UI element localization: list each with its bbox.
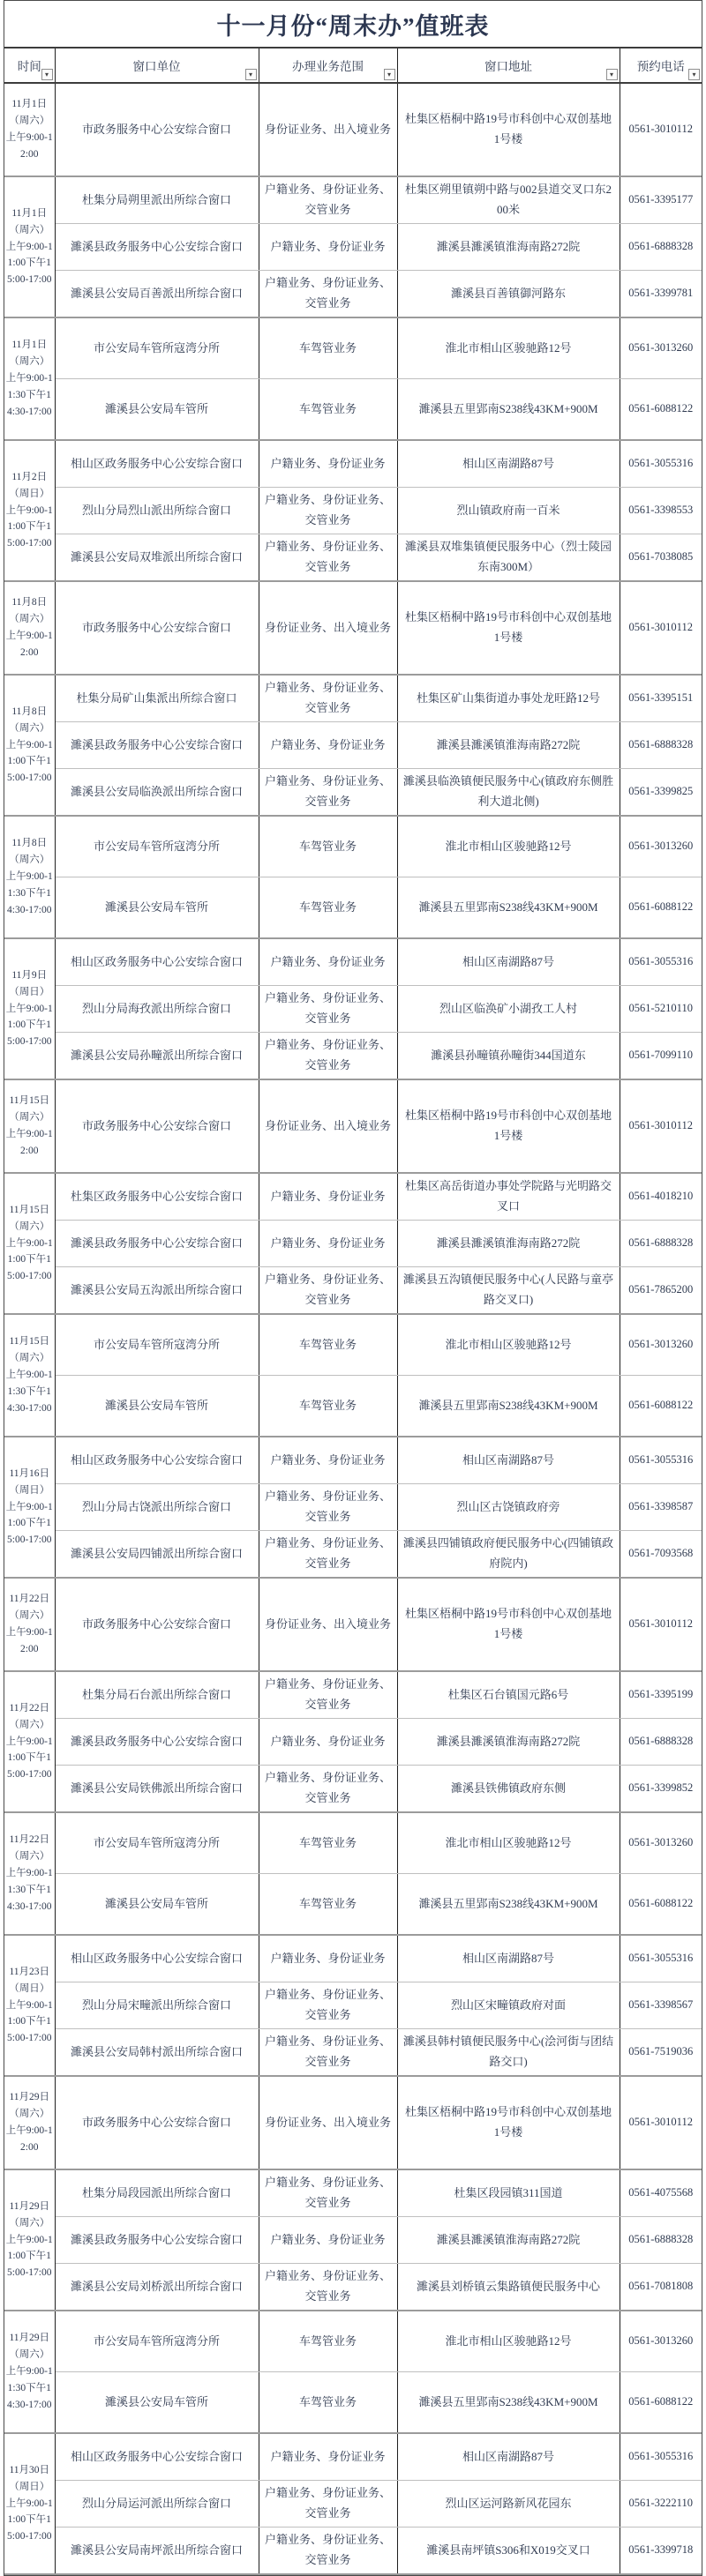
phone-cell: 0561-6888328 xyxy=(620,2217,702,2264)
table-row: 烈山分局古饶派出所综合窗口户籍业务、身份证业务、交管业务烈山区古饶镇政府旁056… xyxy=(4,1484,702,1531)
unit-cell: 濉溪县公安局双堆派出所综合窗口 xyxy=(55,534,259,582)
address-cell: 杜集区高岳街道办事处学院路与光明路交叉口 xyxy=(397,1173,620,1221)
table-row: 11月16日（周日）上午9:00-11:00下午15:00-17:00相山区政务… xyxy=(4,1437,702,1484)
table-row: 濉溪县政务服务中心公安综合窗口户籍业务、身份证业务濉溪县濉溪镇淮海南路272院0… xyxy=(4,1719,702,1766)
business-cell: 户籍业务、身份证业务 xyxy=(259,722,397,769)
time-cell: 11月22日（周六）上午9:00-11:30下午14:30-17:00 xyxy=(4,1812,55,1935)
unit-cell: 濉溪县公安局韩村派出所综合窗口 xyxy=(55,2029,259,2077)
business-cell: 户籍业务、身份证业务、交管业务 xyxy=(259,176,397,224)
business-cell: 户籍业务、身份证业务、交管业务 xyxy=(259,2481,397,2527)
business-cell: 户籍业务、身份证业务、交管业务 xyxy=(259,1033,397,1080)
address-cell: 杜集区石台镇国元路6号 xyxy=(397,1671,620,1719)
time-cell: 11月22日（周六）上午9:00-11:00下午15:00-17:00 xyxy=(4,1671,55,1812)
unit-cell: 濉溪县公安局车管所 xyxy=(55,379,259,441)
duty-schedule-table: 时间▾窗口单位▾办理业务范围▾窗口地址▾预约电话▾ 11月1日（周六）上午9:0… xyxy=(4,47,702,2575)
time-cell: 11月23日（周日）上午9:00-11:00下午15:00-17:00 xyxy=(4,1935,55,2076)
business-cell: 车驾管业务 xyxy=(259,1874,397,1936)
address-cell: 淮北市相山区骏驰路12号 xyxy=(397,317,620,379)
phone-cell: 0561-7519036 xyxy=(620,2029,702,2077)
phone-cell: 0561-3010112 xyxy=(620,83,702,176)
unit-cell: 烈山分局烈山派出所综合窗口 xyxy=(55,488,259,534)
unit-cell: 濉溪县公安局四铺派出所综合窗口 xyxy=(55,1531,259,1579)
unit-cell: 杜集区政务服务中心公安综合窗口 xyxy=(55,1173,259,1221)
table-row: 濉溪县公安局车管所车驾管业务濉溪县五里郢南S238线43KM+900M0561-… xyxy=(4,1874,702,1936)
table-row: 濉溪县公安局孙疃派出所综合窗口户籍业务、身份证业务、交管业务濉溪县孙疃镇孙疃街3… xyxy=(4,1033,702,1080)
table-row: 濉溪县公安局临涣派出所综合窗口户籍业务、身份证业务、交管业务濉溪县临涣镇便民服务… xyxy=(4,769,702,817)
unit-cell: 市公安局车管所寇湾分所 xyxy=(55,1314,259,1376)
table-row: 濉溪县公安局四铺派出所综合窗口户籍业务、身份证业务、交管业务濉溪县四铺镇政府便民… xyxy=(4,1531,702,1579)
business-cell: 户籍业务、身份证业务、交管业务 xyxy=(259,675,397,722)
phone-cell: 0561-3398587 xyxy=(620,1484,702,1531)
phone-cell: 0561-6088122 xyxy=(620,1874,702,1936)
column-header-phone: 预约电话▾ xyxy=(620,48,702,83)
address-cell: 杜集区梧桐中路19号市科创中心双创基地1号楼 xyxy=(397,2076,620,2169)
column-filter-dropdown-icon[interactable]: ▾ xyxy=(245,69,257,80)
table-row: 11月8日（周六）上午9:00-12:00市政务服务中心公安综合窗口身份证业务、… xyxy=(4,581,702,675)
header-row: 时间▾窗口单位▾办理业务范围▾窗口地址▾预约电话▾ xyxy=(4,48,702,83)
unit-cell: 市政务服务中心公安综合窗口 xyxy=(55,1079,259,1173)
phone-cell: 0561-6888328 xyxy=(620,722,702,769)
phone-cell: 0561-7038085 xyxy=(620,534,702,582)
business-cell: 户籍业务、身份证业务 xyxy=(259,2217,397,2264)
unit-cell: 濉溪县政务服务中心公安综合窗口 xyxy=(55,1719,259,1766)
time-cell: 11月15日（周六）上午9:00-12:00 xyxy=(4,1079,55,1173)
unit-cell: 相山区政务服务中心公安综合窗口 xyxy=(55,440,259,488)
unit-cell: 市公安局车管所寇湾分所 xyxy=(55,2311,259,2372)
unit-cell: 濉溪县公安局铁佛派出所综合窗口 xyxy=(55,1766,259,1813)
unit-cell: 濉溪县公安局临涣派出所综合窗口 xyxy=(55,769,259,817)
business-cell: 车驾管业务 xyxy=(259,877,397,939)
phone-cell: 0561-3013260 xyxy=(620,2311,702,2372)
table-row: 11月1日（周六）上午9:00-12:00市政务服务中心公安综合窗口身份证业务、… xyxy=(4,83,702,176)
business-cell: 车驾管业务 xyxy=(259,317,397,379)
table-row: 11月29日（周六）上午9:00-11:00下午15:00-17:00杜集分局段… xyxy=(4,2169,702,2217)
address-cell: 濉溪县五里郢南S238线43KM+900M xyxy=(397,2372,620,2434)
time-cell: 11月30日（周日）上午9:00-11:00下午15:00-17:00 xyxy=(4,2433,55,2574)
address-cell: 相山区南湖路87号 xyxy=(397,440,620,488)
duty-schedule-sheet: 十一月份“周末办”值班表 时间▾窗口单位▾办理业务范围▾窗口地址▾预约电话▾ 1… xyxy=(4,0,702,2576)
phone-cell: 0561-7093568 xyxy=(620,1531,702,1579)
phone-cell: 0561-3010112 xyxy=(620,581,702,675)
table-row: 濉溪县公安局车管所车驾管业务濉溪县五里郢南S238线43KM+900M0561-… xyxy=(4,877,702,939)
unit-cell: 濉溪县公安局刘桥派出所综合窗口 xyxy=(55,2264,259,2311)
address-cell: 濉溪县双堆集镇便民服务中心（烈士陵园东南300M） xyxy=(397,534,620,582)
unit-cell: 濉溪县政务服务中心公安综合窗口 xyxy=(55,2217,259,2264)
unit-cell: 濉溪县公安局车管所 xyxy=(55,2372,259,2434)
table-row: 11月8日（周六）上午9:00-11:00下午15:00-17:00杜集分局矿山… xyxy=(4,675,702,722)
business-cell: 身份证业务、出入境业务 xyxy=(259,83,397,176)
table-row: 濉溪县公安局车管所车驾管业务濉溪县五里郢南S238线43KM+900M0561-… xyxy=(4,379,702,441)
phone-cell: 0561-6888328 xyxy=(620,1221,702,1267)
time-cell: 11月15日（周六）上午9:00-11:30下午14:30-17:00 xyxy=(4,1314,55,1437)
phone-cell: 0561-7865200 xyxy=(620,1267,702,1315)
business-cell: 户籍业务、身份证业务、交管业务 xyxy=(259,2527,397,2575)
business-cell: 户籍业务、身份证业务 xyxy=(259,440,397,488)
address-cell: 烈山区运河路新风花园东 xyxy=(397,2481,620,2527)
table-row: 濉溪县政务服务中心公安综合窗口户籍业务、身份证业务濉溪县濉溪镇淮海南路272院0… xyxy=(4,2217,702,2264)
table-row: 11月2日（周日）上午9:00-11:00下午15:00-17:00相山区政务服… xyxy=(4,440,702,488)
table-row: 11月29日（周六）上午9:00-12:00市政务服务中心公安综合窗口身份证业务… xyxy=(4,2076,702,2169)
address-cell: 烈山区宋疃镇政府对面 xyxy=(397,1982,620,2029)
address-cell: 濉溪县濉溪镇淮海南路272院 xyxy=(397,1719,620,1766)
phone-cell: 0561-6088122 xyxy=(620,877,702,939)
phone-cell: 0561-3398567 xyxy=(620,1982,702,2029)
unit-cell: 烈山分局古饶派出所综合窗口 xyxy=(55,1484,259,1531)
table-row: 11月29日（周六）上午9:00-11:30下午14:30-17:00市公安局车… xyxy=(4,2311,702,2372)
business-cell: 身份证业务、出入境业务 xyxy=(259,1578,397,1671)
business-cell: 户籍业务、身份证业务、交管业务 xyxy=(259,488,397,534)
unit-cell: 市政务服务中心公安综合窗口 xyxy=(55,2076,259,2169)
time-cell: 11月1日（周六）上午9:00-12:00 xyxy=(4,83,55,176)
unit-cell: 烈山分局宋疃派出所综合窗口 xyxy=(55,1982,259,2029)
phone-cell: 0561-3399825 xyxy=(620,769,702,817)
table-row: 濉溪县政务服务中心公安综合窗口户籍业务、身份证业务濉溪县濉溪镇淮海南路272院0… xyxy=(4,1221,702,1267)
address-cell: 相山区南湖路87号 xyxy=(397,938,620,986)
column-filter-dropdown-icon[interactable]: ▾ xyxy=(384,69,395,80)
column-filter-dropdown-icon[interactable]: ▾ xyxy=(41,69,53,80)
business-cell: 户籍业务、身份证业务、交管业务 xyxy=(259,2029,397,2077)
phone-cell: 0561-3395151 xyxy=(620,675,702,722)
time-cell: 11月2日（周日）上午9:00-11:00下午15:00-17:00 xyxy=(4,440,55,581)
address-cell: 濉溪县百善镇御河路东 xyxy=(397,271,620,318)
phone-cell: 0561-3013260 xyxy=(620,816,702,877)
business-cell: 车驾管业务 xyxy=(259,379,397,441)
business-cell: 户籍业务、身份证业务 xyxy=(259,2433,397,2481)
business-cell: 户籍业务、身份证业务、交管业务 xyxy=(259,1766,397,1813)
unit-cell: 濉溪县公安局车管所 xyxy=(55,1874,259,1936)
address-cell: 濉溪县濉溪镇淮海南路272院 xyxy=(397,2217,620,2264)
unit-cell: 濉溪县政务服务中心公安综合窗口 xyxy=(55,722,259,769)
address-cell: 杜集区梧桐中路19号市科创中心双创基地1号楼 xyxy=(397,581,620,675)
address-cell: 杜集区梧桐中路19号市科创中心双创基地1号楼 xyxy=(397,1578,620,1671)
phone-cell: 0561-3010112 xyxy=(620,1578,702,1671)
address-cell: 相山区南湖路87号 xyxy=(397,1935,620,1982)
business-cell: 户籍业务、身份证业务、交管业务 xyxy=(259,1267,397,1315)
table-row: 11月1日（周六）上午9:00-11:00下午15:00-17:00杜集分局朔里… xyxy=(4,176,702,224)
address-cell: 淮北市相山区骏驰路12号 xyxy=(397,2311,620,2372)
address-cell: 濉溪县五里郢南S238线43KM+900M xyxy=(397,1874,620,1936)
address-cell: 濉溪县濉溪镇淮海南路272院 xyxy=(397,722,620,769)
time-cell: 11月1日（周六）上午9:00-11:00下午15:00-17:00 xyxy=(4,176,55,317)
address-cell: 濉溪县五沟镇便民服务中心(人民路与童亭路交叉口) xyxy=(397,1267,620,1315)
table-row: 濉溪县公安局南坪派出所综合窗口户籍业务、身份证业务、交管业务濉溪县南坪镇S306… xyxy=(4,2527,702,2575)
phone-cell: 0561-3399781 xyxy=(620,271,702,318)
time-cell: 11月29日（周六）上午9:00-11:00下午15:00-17:00 xyxy=(4,2169,55,2311)
business-cell: 户籍业务、身份证业务 xyxy=(259,1437,397,1484)
phone-cell: 0561-3055316 xyxy=(620,2433,702,2481)
time-cell: 11月22日（周六）上午9:00-12:00 xyxy=(4,1578,55,1671)
business-cell: 户籍业务、身份证业务、交管业务 xyxy=(259,2264,397,2311)
time-cell: 11月8日（周六）上午9:00-11:00下午15:00-17:00 xyxy=(4,675,55,816)
table-row: 濉溪县公安局车管所车驾管业务濉溪县五里郢南S238线43KM+900M0561-… xyxy=(4,2372,702,2434)
unit-cell: 市公安局车管所寇湾分所 xyxy=(55,317,259,379)
table-row: 11月22日（周六）上午9:00-11:00下午15:00-17:00杜集分局石… xyxy=(4,1671,702,1719)
business-cell: 户籍业务、身份证业务 xyxy=(259,1221,397,1267)
table-row: 11月22日（周六）上午9:00-11:30下午14:30-17:00市公安局车… xyxy=(4,1812,702,1874)
time-cell: 11月8日（周六）上午9:00-11:30下午14:30-17:00 xyxy=(4,816,55,938)
table-row: 濉溪县公安局刘桥派出所综合窗口户籍业务、身份证业务、交管业务濉溪县刘桥镇云集路镇… xyxy=(4,2264,702,2311)
address-cell: 淮北市相山区骏驰路12号 xyxy=(397,1314,620,1376)
time-cell: 11月29日（周六）上午9:00-11:30下午14:30-17:00 xyxy=(4,2311,55,2433)
phone-cell: 0561-3013260 xyxy=(620,317,702,379)
business-cell: 户籍业务、身份证业务、交管业务 xyxy=(259,2169,397,2217)
unit-cell: 濉溪县公安局孙疃派出所综合窗口 xyxy=(55,1033,259,1080)
business-cell: 户籍业务、身份证业务、交管业务 xyxy=(259,534,397,582)
address-cell: 濉溪县濉溪镇淮海南路272院 xyxy=(397,1221,620,1267)
table-row: 烈山分局宋疃派出所综合窗口户籍业务、身份证业务、交管业务烈山区宋疃镇政府对面05… xyxy=(4,1982,702,2029)
address-cell: 濉溪县五里郢南S238线43KM+900M xyxy=(397,1376,620,1437)
phone-cell: 0561-3399718 xyxy=(620,2527,702,2575)
address-cell: 烈山区古饶镇政府旁 xyxy=(397,1484,620,1531)
phone-cell: 0561-3395177 xyxy=(620,176,702,224)
table-row: 濉溪县公安局车管所车驾管业务濉溪县五里郢南S238线43KM+900M0561-… xyxy=(4,1376,702,1437)
address-cell: 濉溪县濉溪镇淮海南路272院 xyxy=(397,224,620,271)
phone-cell: 0561-4075568 xyxy=(620,2169,702,2217)
unit-cell: 濉溪县公安局南坪派出所综合窗口 xyxy=(55,2527,259,2575)
table-row: 烈山分局运河派出所综合窗口户籍业务、身份证业务、交管业务烈山区运河路新风花园东0… xyxy=(4,2481,702,2527)
business-cell: 户籍业务、身份证业务 xyxy=(259,1935,397,1982)
table-row: 烈山分局烈山派出所综合窗口户籍业务、身份证业务、交管业务烈山镇政府南一百米056… xyxy=(4,488,702,534)
business-cell: 车驾管业务 xyxy=(259,1376,397,1437)
phone-cell: 0561-3222110 xyxy=(620,2481,702,2527)
business-cell: 户籍业务、身份证业务、交管业务 xyxy=(259,1484,397,1531)
column-header-label: 办理业务范围 xyxy=(292,60,364,73)
phone-cell: 0561-3010112 xyxy=(620,1079,702,1173)
time-cell: 11月8日（周六）上午9:00-12:00 xyxy=(4,581,55,675)
address-cell: 杜集区梧桐中路19号市科创中心双创基地1号楼 xyxy=(397,1079,620,1173)
business-cell: 户籍业务、身份证业务、交管业务 xyxy=(259,769,397,817)
table-row: 11月23日（周日）上午9:00-11:00下午15:00-17:00相山区政务… xyxy=(4,1935,702,1982)
business-cell: 户籍业务、身份证业务 xyxy=(259,224,397,271)
column-header-label: 窗口地址 xyxy=(484,60,532,73)
phone-cell: 0561-3013260 xyxy=(620,1812,702,1874)
unit-cell: 相山区政务服务中心公安综合窗口 xyxy=(55,1437,259,1484)
column-filter-dropdown-icon[interactable]: ▾ xyxy=(688,69,700,80)
unit-cell: 市政务服务中心公安综合窗口 xyxy=(55,581,259,675)
business-cell: 车驾管业务 xyxy=(259,816,397,877)
address-cell: 濉溪县四铺镇政府便民服务中心(四铺镇政府院内) xyxy=(397,1531,620,1579)
phone-cell: 0561-4018210 xyxy=(620,1173,702,1221)
address-cell: 杜集区朔里镇朔中路与002县道交叉口东200米 xyxy=(397,176,620,224)
time-cell: 11月1日（周六）上午9:00-11:30下午14:30-17:00 xyxy=(4,317,55,440)
phone-cell: 0561-3010112 xyxy=(620,2076,702,2169)
table-row: 11月15日（周六）上午9:00-11:30下午14:30-17:00市公安局车… xyxy=(4,1314,702,1376)
unit-cell: 杜集分局段园派出所综合窗口 xyxy=(55,2169,259,2217)
column-header-label: 窗口单位 xyxy=(133,60,181,73)
table-row: 濉溪县公安局双堆派出所综合窗口户籍业务、身份证业务、交管业务濉溪县双堆集镇便民服… xyxy=(4,534,702,582)
table-body: 11月1日（周六）上午9:00-12:00市政务服务中心公安综合窗口身份证业务、… xyxy=(4,83,702,2574)
table-row: 濉溪县公安局韩村派出所综合窗口户籍业务、身份证业务、交管业务濉溪县韩村镇便民服务… xyxy=(4,2029,702,2077)
unit-cell: 濉溪县公安局五沟派出所综合窗口 xyxy=(55,1267,259,1315)
table-row: 11月15日（周六）上午9:00-11:00下午15:00-17:00杜集区政务… xyxy=(4,1173,702,1221)
phone-cell: 0561-6088122 xyxy=(620,379,702,441)
address-cell: 淮北市相山区骏驰路12号 xyxy=(397,816,620,877)
table-row: 11月30日（周日）上午9:00-11:00下午15:00-17:00相山区政务… xyxy=(4,2433,702,2481)
address-cell: 杜集区梧桐中路19号市科创中心双创基地1号楼 xyxy=(397,83,620,176)
unit-cell: 相山区政务服务中心公安综合窗口 xyxy=(55,1935,259,1982)
address-cell: 烈山区临涣矿小湖孜工人村 xyxy=(397,986,620,1033)
business-cell: 户籍业务、身份证业务 xyxy=(259,938,397,986)
business-cell: 户籍业务、身份证业务、交管业务 xyxy=(259,1671,397,1719)
business-cell: 户籍业务、身份证业务、交管业务 xyxy=(259,986,397,1033)
column-header-unit: 窗口单位▾ xyxy=(55,48,259,83)
address-cell: 濉溪县五里郢南S238线43KM+900M xyxy=(397,877,620,939)
address-cell: 濉溪县临涣镇便民服务中心(镇政府东侧胜利大道北侧) xyxy=(397,769,620,817)
address-cell: 濉溪县孙疃镇孙疃街344国道东 xyxy=(397,1033,620,1080)
phone-cell: 0561-3399852 xyxy=(620,1766,702,1813)
business-cell: 户籍业务、身份证业务、交管业务 xyxy=(259,1982,397,2029)
address-cell: 濉溪县铁佛镇政府东侧 xyxy=(397,1766,620,1813)
time-cell: 11月15日（周六）上午9:00-11:00下午15:00-17:00 xyxy=(4,1173,55,1314)
table-row: 11月9日（周日）上午9:00-11:00下午15:00-17:00相山区政务服… xyxy=(4,938,702,986)
address-cell: 杜集区段园镇311国道 xyxy=(397,2169,620,2217)
phone-cell: 0561-7081808 xyxy=(620,2264,702,2311)
unit-cell: 濉溪县公安局车管所 xyxy=(55,877,259,939)
phone-cell: 0561-3055316 xyxy=(620,1437,702,1484)
time-cell: 11月29日（周六）上午9:00-12:00 xyxy=(4,2076,55,2169)
address-cell: 濉溪县五里郢南S238线43KM+900M xyxy=(397,379,620,441)
address-cell: 相山区南湖路87号 xyxy=(397,1437,620,1484)
phone-cell: 0561-6888328 xyxy=(620,1719,702,1766)
unit-cell: 杜集分局朔里派出所综合窗口 xyxy=(55,176,259,224)
business-cell: 车驾管业务 xyxy=(259,1812,397,1874)
unit-cell: 市政务服务中心公安综合窗口 xyxy=(55,1578,259,1671)
column-header-label: 时间 xyxy=(18,60,41,73)
address-cell: 濉溪县韩村镇便民服务中心(浍河街与团结路交口) xyxy=(397,2029,620,2077)
unit-cell: 市公安局车管所寇湾分所 xyxy=(55,1812,259,1874)
business-cell: 车驾管业务 xyxy=(259,1314,397,1376)
address-cell: 杜集区矿山集街道办事处龙旺路12号 xyxy=(397,675,620,722)
phone-cell: 0561-3055316 xyxy=(620,440,702,488)
column-header-business: 办理业务范围▾ xyxy=(259,48,397,83)
time-cell: 11月9日（周日）上午9:00-11:00下午15:00-17:00 xyxy=(4,938,55,1079)
column-header-time: 时间▾ xyxy=(4,48,55,83)
unit-cell: 相山区政务服务中心公安综合窗口 xyxy=(55,938,259,986)
phone-cell: 0561-5210110 xyxy=(620,986,702,1033)
unit-cell: 濉溪县政务服务中心公安综合窗口 xyxy=(55,1221,259,1267)
unit-cell: 杜集分局石台派出所综合窗口 xyxy=(55,1671,259,1719)
phone-cell: 0561-3395199 xyxy=(620,1671,702,1719)
column-header-label: 预约电话 xyxy=(637,60,685,73)
phone-cell: 0561-3398553 xyxy=(620,488,702,534)
business-cell: 车驾管业务 xyxy=(259,2372,397,2434)
phone-cell: 0561-6888328 xyxy=(620,224,702,271)
business-cell: 身份证业务、出入境业务 xyxy=(259,1079,397,1173)
table-row: 11月15日（周六）上午9:00-12:00市政务服务中心公安综合窗口身份证业务… xyxy=(4,1079,702,1173)
unit-cell: 烈山分局海孜派出所综合窗口 xyxy=(55,986,259,1033)
address-cell: 濉溪县南坪镇S306和X019交叉口 xyxy=(397,2527,620,2575)
page-title: 十一月份“周末办”值班表 xyxy=(4,1,702,47)
phone-cell: 0561-6088122 xyxy=(620,2372,702,2434)
address-cell: 相山区南湖路87号 xyxy=(397,2433,620,2481)
column-filter-dropdown-icon[interactable]: ▾ xyxy=(606,69,618,80)
business-cell: 身份证业务、出入境业务 xyxy=(259,581,397,675)
address-cell: 烈山镇政府南一百米 xyxy=(397,488,620,534)
table-row: 濉溪县政务服务中心公安综合窗口户籍业务、身份证业务濉溪县濉溪镇淮海南路272院0… xyxy=(4,722,702,769)
table-row: 11月1日（周六）上午9:00-11:30下午14:30-17:00市公安局车管… xyxy=(4,317,702,379)
business-cell: 户籍业务、身份证业务 xyxy=(259,1173,397,1221)
table-header: 时间▾窗口单位▾办理业务范围▾窗口地址▾预约电话▾ xyxy=(4,48,702,83)
table-row: 烈山分局海孜派出所综合窗口户籍业务、身份证业务、交管业务烈山区临涣矿小湖孜工人村… xyxy=(4,986,702,1033)
unit-cell: 濉溪县公安局百善派出所综合窗口 xyxy=(55,271,259,318)
phone-cell: 0561-3055316 xyxy=(620,938,702,986)
phone-cell: 0561-7099110 xyxy=(620,1033,702,1080)
address-cell: 濉溪县刘桥镇云集路镇便民服务中心 xyxy=(397,2264,620,2311)
unit-cell: 相山区政务服务中心公安综合窗口 xyxy=(55,2433,259,2481)
business-cell: 户籍业务、身份证业务、交管业务 xyxy=(259,1531,397,1579)
time-cell: 11月16日（周日）上午9:00-11:00下午15:00-17:00 xyxy=(4,1437,55,1578)
business-cell: 户籍业务、身份证业务 xyxy=(259,1719,397,1766)
table-row: 11月22日（周六）上午9:00-12:00市政务服务中心公安综合窗口身份证业务… xyxy=(4,1578,702,1671)
table-row: 濉溪县政务服务中心公安综合窗口户籍业务、身份证业务濉溪县濉溪镇淮海南路272院0… xyxy=(4,224,702,271)
business-cell: 车驾管业务 xyxy=(259,2311,397,2372)
table-row: 濉溪县公安局铁佛派出所综合窗口户籍业务、身份证业务、交管业务濉溪县铁佛镇政府东侧… xyxy=(4,1766,702,1813)
unit-cell: 烈山分局运河派出所综合窗口 xyxy=(55,2481,259,2527)
phone-cell: 0561-3055316 xyxy=(620,1935,702,1982)
unit-cell: 市政务服务中心公安综合窗口 xyxy=(55,83,259,176)
unit-cell: 市公安局车管所寇湾分所 xyxy=(55,816,259,877)
table-row: 11月8日（周六）上午9:00-11:30下午14:30-17:00市公安局车管… xyxy=(4,816,702,877)
business-cell: 户籍业务、身份证业务、交管业务 xyxy=(259,271,397,318)
table-row: 濉溪县公安局百善派出所综合窗口户籍业务、身份证业务、交管业务濉溪县百善镇御河路东… xyxy=(4,271,702,318)
column-header-address: 窗口地址▾ xyxy=(397,48,620,83)
phone-cell: 0561-3013260 xyxy=(620,1314,702,1376)
table-row: 濉溪县公安局五沟派出所综合窗口户籍业务、身份证业务、交管业务濉溪县五沟镇便民服务… xyxy=(4,1267,702,1315)
address-cell: 淮北市相山区骏驰路12号 xyxy=(397,1812,620,1874)
phone-cell: 0561-6088122 xyxy=(620,1376,702,1437)
unit-cell: 濉溪县政务服务中心公安综合窗口 xyxy=(55,224,259,271)
unit-cell: 濉溪县公安局车管所 xyxy=(55,1376,259,1437)
business-cell: 身份证业务、出入境业务 xyxy=(259,2076,397,2169)
unit-cell: 杜集分局矿山集派出所综合窗口 xyxy=(55,675,259,722)
